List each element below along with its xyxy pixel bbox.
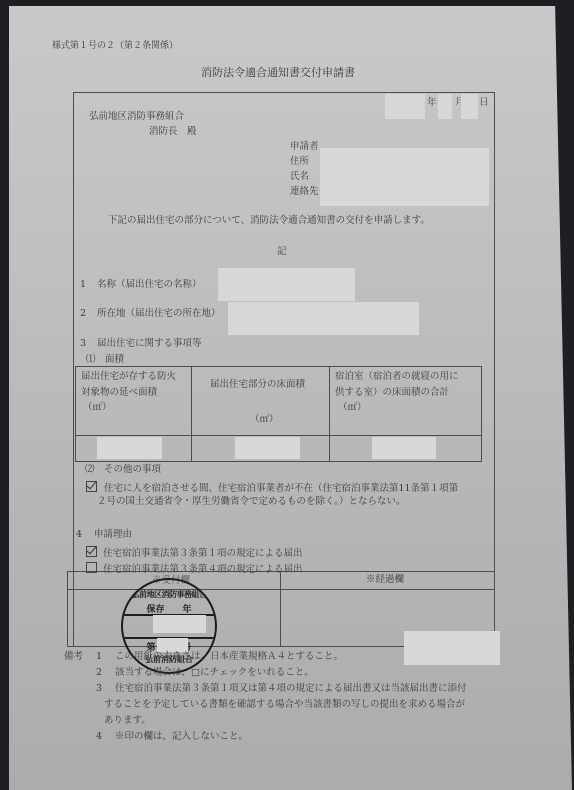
reason-option-1[interactable]: 住宅宿泊事業法第３条第１項の規定による届出 bbox=[86, 546, 303, 559]
applicant-name-label: 氏名 bbox=[290, 172, 309, 182]
area-header-lodging-line2: 供する室）の床面積の合計 bbox=[335, 388, 449, 398]
reason-option-2-label: 住宅宿泊事業法第３条第４項の規定による届出 bbox=[103, 564, 303, 575]
note-3-text: 住宅宿泊事業法第３条第１項又は第４項の規定による届出書又は当該届出書に添付 bbox=[115, 684, 467, 694]
notes-label: 備考 bbox=[64, 652, 83, 662]
item2-num: 2 bbox=[80, 309, 86, 319]
addressee-org: 弘前地区消防事務組合 bbox=[89, 112, 184, 122]
intro-text: 下記の届出住宅の部分について、消防法令適合通知書の交付を申請します。 bbox=[108, 216, 430, 226]
frame-top-border bbox=[73, 92, 495, 93]
other-checkbox[interactable] bbox=[86, 481, 97, 492]
ki-label: 記 bbox=[277, 247, 287, 257]
reason-checkbox-1[interactable] bbox=[86, 546, 97, 557]
area-header-lodging-line1: 宿泊室（宿泊者の就寝の用に bbox=[335, 372, 459, 382]
area-header-total-line2: 対象物の延べ面積 bbox=[81, 388, 157, 398]
stamp-top-arc: 弘前地区消防事務組合 bbox=[123, 589, 215, 600]
area-value-floor-redacted bbox=[235, 437, 300, 459]
item1-label: 名称（届出住宅の名称） bbox=[97, 280, 202, 290]
applicant-label: 申請者 bbox=[290, 142, 319, 152]
stamp-date-redacted bbox=[153, 615, 206, 633]
other-checkbox-row[interactable]: 住宅に人を宿泊させる間、住宅宿泊事業者が不在（住宅宿泊事業法第11条第１項第 bbox=[86, 481, 458, 494]
reason-option-2[interactable]: 住宅宿泊事業法第３条第４項の規定による届出 bbox=[86, 562, 303, 575]
item2-label: 所在地（届出住宅の所在地） bbox=[97, 309, 221, 319]
other-line1: 住宅に人を宿泊させる間、住宅宿泊事業者が不在（住宅宿泊事業法第11条第１項第 bbox=[104, 483, 458, 494]
frame-left bbox=[73, 92, 74, 647]
document-title: 消防法令適合通知書交付申請書 bbox=[201, 67, 355, 78]
item3-label: 届出住宅に関する事項等 bbox=[97, 339, 202, 349]
item3-num: 3 bbox=[80, 339, 86, 349]
note-2-num: 2 bbox=[96, 668, 102, 678]
item3-sub1: ⑴ 面積 bbox=[86, 355, 124, 365]
area-header-floor-line1: 届出住宅部分の床面積 bbox=[210, 380, 305, 390]
note-4-num: 4 bbox=[96, 732, 102, 742]
area-header-lodging-unit: （㎡） bbox=[338, 403, 367, 413]
note-1-text: この用紙の大きさは、日本産業規格Ａ４とすること。 bbox=[115, 652, 343, 662]
item4-label: 申請理由 bbox=[94, 530, 132, 540]
date-month-redacted bbox=[438, 94, 452, 119]
item2-value-redacted bbox=[228, 302, 419, 335]
item3-sub2: ⑵ その他の事項 bbox=[85, 465, 161, 475]
area-header-total-unit: （㎡） bbox=[83, 403, 112, 413]
frame-right bbox=[494, 92, 495, 647]
form-number: 様式第１号の２（第２条関係） bbox=[52, 42, 178, 51]
date-day-label: 日 bbox=[479, 98, 489, 108]
area-value-total-redacted bbox=[97, 437, 162, 459]
date-year-redacted bbox=[385, 94, 425, 119]
date-year-label: 年 bbox=[427, 98, 437, 108]
progress-header: ※経過欄 bbox=[366, 575, 404, 585]
addressee-recipient: 消防長 殿 bbox=[149, 127, 197, 137]
item1-value-redacted bbox=[218, 268, 355, 301]
note-3-cont2: あります。 bbox=[104, 716, 151, 726]
note-3-num: 3 bbox=[96, 684, 102, 694]
other-line2: ２号の国土交通省令・厚生労働省令で定めるものを除く。）とならない。 bbox=[97, 497, 406, 507]
item1-num: 1 bbox=[80, 280, 86, 290]
area-value-lodging-redacted bbox=[372, 437, 436, 459]
reason-option-1-label: 住宅宿泊事業法第３条第１項の規定による届出 bbox=[103, 548, 303, 559]
note-4-text: ※印の欄は、記入しないこと。 bbox=[115, 732, 248, 742]
item4-num: 4 bbox=[76, 530, 82, 540]
date-day-redacted bbox=[461, 94, 478, 119]
stamp-number-redacted bbox=[157, 638, 188, 652]
reception-number-redacted bbox=[404, 631, 500, 665]
note-1-num: 1 bbox=[96, 652, 102, 662]
area-header-floor-unit: （㎡） bbox=[250, 415, 279, 425]
applicant-info-redacted bbox=[320, 148, 489, 206]
applicant-contact-label: 連絡先 bbox=[290, 187, 319, 197]
note-3-cont1: することを予定している書類を確認する場合や当該書類の写しの提出を求める場合が bbox=[104, 700, 465, 710]
applicant-address-label: 住所 bbox=[290, 157, 309, 167]
note-2-text: 該当する場合は、□にチェックをいれること。 bbox=[115, 668, 314, 678]
area-header-total-line1: 届出住宅が存する防火 bbox=[81, 372, 176, 382]
